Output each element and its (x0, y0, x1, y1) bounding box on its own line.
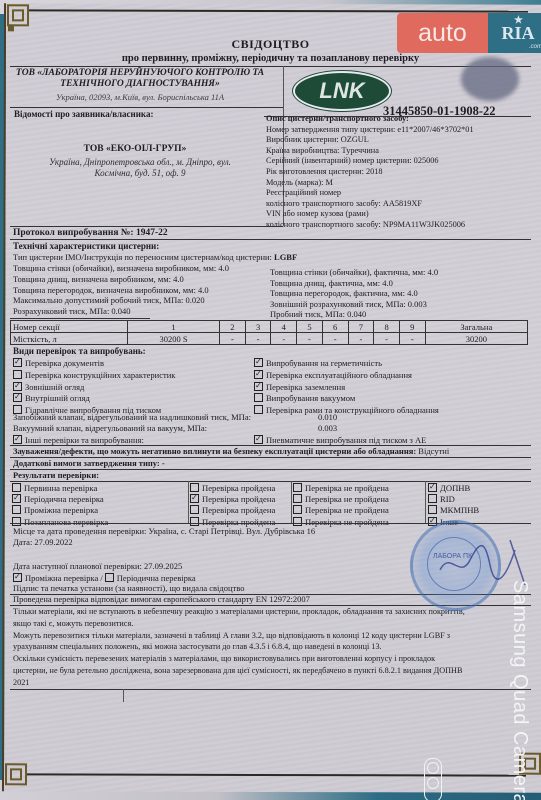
autoria-ria: ★ RIA .com (488, 13, 541, 53)
remarks-value: Відсутні (416, 446, 449, 456)
lnk-logo: LNK (293, 71, 391, 111)
table-cell: - (399, 333, 425, 345)
technical-line: Товщина днищ, визначена виробником, мм: … (13, 274, 229, 285)
checkbox[interactable] (254, 405, 263, 414)
table-cell: 8 (374, 321, 400, 333)
tank-type-label: Тип цистерни IMO/Інструкція по переносни… (13, 252, 274, 262)
divider (10, 66, 531, 67)
results-failed: Перевірка не пройденаПеревірка не пройде… (293, 482, 389, 527)
result-failed-label: Перевірка не пройдена (305, 505, 389, 515)
next-intermediate-label: Проміжна перевірка / (25, 573, 103, 583)
tank-description-line: Рік виготовлення цистерни: 2018 (266, 167, 474, 178)
checkbox[interactable] (190, 483, 199, 492)
inspection-label: Внутрішній огляд (25, 393, 90, 403)
additional-requirements: Додаткові вимоги затвердження типу: - (13, 458, 165, 468)
checkbox[interactable] (254, 358, 263, 367)
note-line: цистерни, не була ретельно досліджена, в… (13, 665, 465, 677)
table-cell: 4 (271, 321, 297, 333)
divider (291, 481, 292, 523)
technical-left: Товщина стінки (обичайки), визначена вир… (13, 263, 229, 317)
checkbox[interactable] (190, 505, 199, 514)
result-standard-item: RID (428, 493, 479, 504)
other-inspections-checkbox[interactable] (13, 435, 22, 444)
table-cell: 6 (322, 321, 348, 333)
checkbox[interactable] (12, 483, 21, 492)
table-cell: - (297, 333, 323, 345)
table-cell: 2 (220, 321, 246, 333)
results-passed: Перевірка пройденаПеревірка пройденаПере… (190, 482, 275, 527)
table-cell: Загальна (425, 321, 527, 333)
result-standard-item: ДОПНВ (428, 482, 479, 493)
result-standard-label: МКМПНВ (440, 505, 479, 515)
owner-address: Україна, Дніпропетровська обл., м. Дніпр… (40, 157, 240, 179)
result-failed-label: Перевірка не пройдена (305, 483, 389, 493)
divider (10, 239, 531, 240)
signature-label: Підпис та печатка установи (за наявності… (13, 583, 244, 593)
table-cell: 3 (245, 321, 271, 333)
camera-watermark: Samsung Quad Camera (505, 580, 535, 800)
note-line: Можуть перевозитися тільки матеріали, за… (13, 630, 465, 642)
inspection-item: Перевірка документів (13, 357, 175, 369)
checkbox[interactable] (254, 382, 263, 391)
tank-description-line: Країна виробництва: Туреччина (266, 146, 474, 157)
checkbox[interactable] (12, 517, 21, 526)
divider (10, 226, 283, 227)
result-passed-label: Перевірка пройдена (202, 494, 275, 504)
inspection-label: Перевірка експлуатаційного обладнання (266, 370, 412, 380)
table-cell: Місткість, л (11, 333, 128, 345)
technical-line: Зовнішній розрахунковий тиск, МПа: 0.003 (270, 299, 438, 310)
checkbox[interactable] (190, 517, 199, 526)
divider (123, 689, 124, 702)
inspection-date: Дата: 27.09.2022 (13, 537, 73, 547)
table-cell: - (271, 333, 297, 345)
result-type-label: Періодична перевірка (24, 494, 104, 504)
tank-description-line: VIN або номер кузова (рами) (266, 209, 474, 220)
camera-lens-icon (424, 758, 442, 800)
next-periodic-checkbox[interactable] (105, 573, 114, 582)
tank-type-value: LGBF (274, 252, 297, 262)
inspections-left: Перевірка документівПеревірка конструкці… (13, 357, 175, 416)
inspection-item: Зовнішній огляд (13, 381, 175, 393)
inspection-place: Місце та дата проведення перевірки: Укра… (13, 526, 315, 536)
tank-description: Опис цистерни/транспортного засобу: Номе… (266, 114, 474, 231)
checkbox[interactable] (428, 483, 437, 492)
lab-address: Україна, 02093, м.Київ, вул. Бориспільсь… (0, 92, 280, 102)
result-standard-label: ДОПНВ (440, 483, 470, 493)
table-cell: 30200 (425, 333, 527, 345)
camera-watermark-text: Samsung Quad Camera (508, 580, 531, 800)
table-cell: Номер секції (11, 321, 128, 333)
table-cell: 30200 S (128, 333, 220, 345)
result-type-label: Проміжна перевірка (24, 505, 98, 515)
divider (10, 107, 283, 108)
inspection-item: Перевірка конструкційних характеристик (13, 369, 175, 381)
owner-label: Відомості про заявника/власника: (14, 109, 153, 119)
checkbox[interactable] (190, 494, 199, 503)
tank-description-line: Серійний (інвентарний) номер цистерни: 0… (266, 156, 474, 167)
protocol-number: Протокол випробування №: 1947-22 (13, 228, 168, 238)
tank-description-line: Реєстраційний номер (266, 188, 474, 199)
divider (10, 318, 150, 319)
safety-valve-value: 0.010 (318, 412, 337, 422)
star-icon: ★ (514, 15, 523, 26)
tank-type: Тип цистерни IMO/Інструкція по переносни… (13, 252, 297, 262)
results-types: Первинна перевіркаПеріодична перевіркаПр… (12, 482, 108, 527)
inspection-label: Зовнішній огляд (25, 382, 84, 392)
note-line: урахуванням спеціальних положень, які мо… (13, 641, 465, 653)
corner-ornament-bottom-left (4, 758, 32, 788)
checkbox[interactable] (293, 505, 302, 514)
table-cell: - (220, 333, 246, 345)
result-type-item: Проміжна перевірка (12, 504, 108, 515)
sections-table: Номер секції 1 2 3 4 5 6 7 8 9 Загальна … (10, 320, 528, 345)
autoria-domain: .com (529, 44, 541, 50)
divider (425, 481, 426, 523)
autoria-watermark: auto ★ RIA .com (397, 13, 541, 53)
checkbox[interactable] (254, 393, 263, 402)
tank-description-heading: Опис цистерни/транспортного засобу: (266, 114, 474, 125)
tank-description-line: колісного транспортного засобу: NP9MA11W… (266, 220, 474, 231)
technical-line: Товщина стінки (обичайки), фактична, мм:… (270, 267, 438, 278)
checkbox[interactable] (293, 494, 302, 503)
result-passed-label: Перевірка пройдена (202, 483, 275, 493)
tank-description-line: Виробник цистерни: OZGUL (266, 135, 474, 146)
inspection-item: Внутрішній огляд (13, 392, 175, 404)
pneumatic-test: Пневматичне випробування під тиском з АЕ (254, 434, 426, 445)
corner-ornament-top-left (6, 3, 34, 33)
result-failed-label: Перевірка не пройдена (305, 494, 389, 504)
tank-description-line: Модель (марка): М (266, 178, 474, 189)
checkbox[interactable] (293, 483, 302, 492)
technical-line: Товщина стінки (обичайки), визначена вир… (13, 263, 229, 274)
inspection-label: Перевірка документів (25, 358, 104, 368)
result-type-item: Первинна перевірка (12, 482, 108, 493)
technical-line: Максимально допустимий робочий тиск, МПа… (13, 295, 229, 306)
next-intermediate-checkbox[interactable] (13, 573, 22, 582)
checkbox[interactable] (428, 505, 437, 514)
blurred-area (461, 57, 519, 101)
technical-heading: Технічні характеристики цистерни: (13, 241, 159, 251)
next-inspection-type: Проміжна перевірка /Періодична перевірка (13, 572, 196, 583)
result-passed-item: Перевірка пройдена (190, 504, 275, 515)
inspection-label: Випробування вакуумом (266, 393, 355, 403)
technical-line: Товщина перегородок, фактична, мм: 4.0 (270, 288, 438, 299)
standard-compliance: Проведена перевірка відповідає вимогам є… (13, 594, 310, 604)
tank-description-line: колісного транспортного засобу: АА5819XF (266, 199, 474, 210)
checkbox[interactable] (254, 370, 263, 379)
inspection-item: Перевірка експлуатаційного обладнання (254, 369, 439, 381)
table-cell: 5 (297, 321, 323, 333)
divider (10, 689, 531, 690)
inspections-right: Випробування на герметичністьПеревірка е… (254, 357, 439, 416)
result-standard-label: RID (440, 494, 455, 504)
technical-line: Товщина перегородок, визначена виробнико… (13, 285, 229, 296)
result-failed-item: Перевірка не пройдена (293, 504, 389, 515)
table-cell: 7 (348, 321, 374, 333)
next-inspection-date: Дата наступної планової перевірки: 27.09… (13, 561, 182, 571)
note-line: Оскільки сумісність перевезених матеріал… (13, 653, 465, 665)
remarks-label: Зауваження/дефекти, що можуть негативно … (13, 446, 416, 456)
technical-line: Товщина днищ, фактична, мм: 4.0 (270, 278, 438, 289)
result-failed-item: Перевірка не пройдена (293, 493, 389, 504)
note-line: Тільки матеріали, які не вступають в неб… (13, 606, 465, 618)
table-cell: - (245, 333, 271, 345)
vacuum-valve-value: 0.003 (318, 423, 337, 433)
table-cell: - (348, 333, 374, 345)
remarks: Зауваження/дефекти, що можуть негативно … (13, 446, 449, 456)
checkbox[interactable] (12, 494, 21, 503)
result-standard-item: МКМПНВ (428, 504, 479, 515)
checkbox[interactable] (13, 370, 22, 379)
inspection-item: Випробування на герметичність (254, 357, 439, 369)
owner-name: ТОВ «ЕКО-ОІЛ-ГРУП» (0, 144, 270, 154)
table-cell: - (374, 333, 400, 345)
result-type-item: Періодична перевірка (12, 493, 108, 504)
certificate-subtitle: про первинну, проміжну, періодичну та по… (0, 53, 541, 64)
pneumatic-test-checkbox[interactable] (254, 435, 263, 444)
inspection-label: Перевірка конструкційних характеристик (25, 370, 175, 380)
technical-line: Пробний тиск, МПа: 0.040 (270, 309, 438, 320)
technical-line: Розрахунковий тиск, МПа: 0.040 (13, 306, 229, 317)
other-inspections: Інші перевірки та випробування: (13, 434, 144, 445)
inspection-label: Перевірка заземлення (266, 382, 345, 392)
other-inspections-label: Інші перевірки та випробування: (25, 435, 144, 445)
divider (188, 481, 189, 523)
vacuum-valve-label: Вакуумний клапан, відрегульований на вак… (13, 423, 207, 433)
table-row: Місткість, л 30200 S - - - - - - - - 302… (11, 333, 528, 345)
checkbox[interactable] (12, 505, 21, 514)
next-periodic-label: Періодична перевірка (117, 573, 196, 583)
result-passed-item: Перевірка пройдена (190, 482, 275, 493)
checkbox[interactable] (13, 393, 22, 402)
inspection-item: Перевірка рами та конструкційного обладн… (254, 404, 439, 416)
results-heading: Результати перевірки: (13, 470, 99, 480)
result-failed-label: Перевірка не пройдена (305, 517, 389, 527)
result-type-label: Первинна перевірка (24, 483, 97, 493)
inspection-label: Перевірка рами та конструкційного обладн… (266, 405, 439, 415)
inspection-item: Перевірка заземлення (254, 381, 439, 393)
result-failed-item: Перевірка не пройдена (293, 482, 389, 493)
result-passed-label: Перевірка пройдена (202, 505, 275, 515)
notes: Тільки матеріали, які не вступають в неб… (13, 606, 465, 689)
table-cell: 9 (399, 321, 425, 333)
frame-bottom (26, 773, 526, 776)
inspection-item: Випробування вакуумом (254, 392, 439, 404)
checkbox[interactable] (13, 358, 22, 367)
table-row: Номер секції 1 2 3 4 5 6 7 8 9 Загальна (11, 321, 528, 333)
note-line: якщо такі є, можуть перевозитися. (13, 618, 465, 630)
tank-description-line: Номер затвердження типу цистерни: e11*20… (266, 125, 474, 136)
checkbox[interactable] (13, 382, 22, 391)
table-cell: - (322, 333, 348, 345)
checkbox[interactable] (428, 494, 437, 503)
technical-right: Товщина стінки (обичайки), фактична, мм:… (270, 267, 438, 320)
table-cell: 1 (128, 321, 220, 333)
checkbox[interactable] (293, 517, 302, 526)
result-passed-item: Перевірка пройдена (190, 493, 275, 504)
note-line: 2021 (13, 677, 465, 689)
inspection-label: Випробування на герметичність (266, 358, 382, 368)
autoria-auto: auto (397, 13, 488, 53)
pneumatic-test-label: Пневматичне випробування під тиском з АЕ (266, 435, 426, 445)
inspections-heading: Види перевірок та випробувань: (13, 346, 146, 356)
lab-name: ТОВ «ЛАБОРАТОРІЯ НЕРУЙНУЮЧОГО КОНТРОЛЮ Т… (0, 68, 280, 90)
safety-valve-label: Запобіжний клапан, відрегульований на на… (13, 412, 251, 422)
